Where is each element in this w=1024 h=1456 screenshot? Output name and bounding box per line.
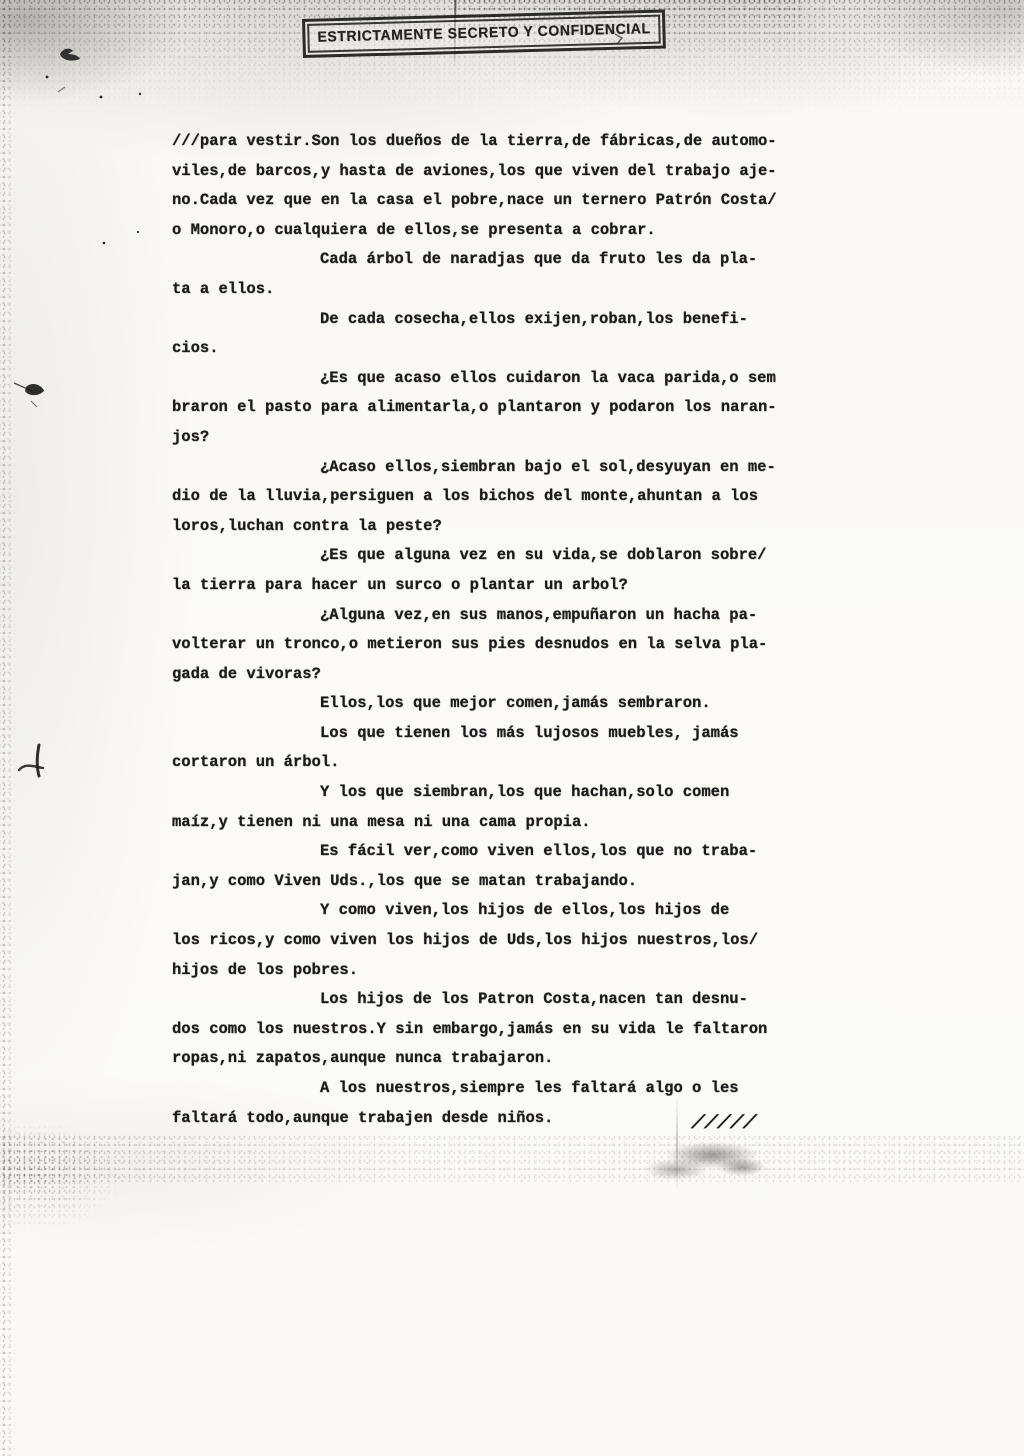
text-line: ropas,ni zapatos,aunque nunca trabajaron… — [172, 1044, 776, 1074]
text-line: Y como viven,los hijos de ellos,los hijo… — [172, 896, 776, 926]
text-line: ta a ellos. — [172, 275, 776, 305]
text-line: gada de vivoras? — [172, 660, 776, 690]
text-line: los ricos,y como viven los hijos de Uds,… — [172, 926, 776, 956]
text-line: braron el pasto para alimentarla,o plant… — [172, 393, 776, 423]
scan-noise-left-edge — [0, 0, 16, 1456]
scanned-document-page: ESTRICTAMENTE SECRETO Y CONFIDENCIAL ///… — [0, 0, 1024, 1456]
text-line: ¿Es que alguna vez en su vida,se doblaro… — [172, 541, 776, 571]
text-line: viles,de barcos,y hasta de aviones,los q… — [172, 157, 776, 187]
stamp-inner-border: ESTRICTAMENTE SECRETO Y CONFIDENCIAL — [307, 15, 661, 53]
text-line: maíz,y tienen ni una mesa ni una cama pr… — [172, 808, 776, 838]
text-line: dio de la lluvia,persiguen a los bichos … — [172, 482, 776, 512]
scan-noise-bottom-band — [0, 1136, 1024, 1182]
pencil-tick-icon — [31, 401, 37, 407]
text-line: hijos de los pobres. — [172, 956, 776, 986]
text-line: cios. — [172, 334, 776, 364]
ink-dot — [103, 242, 106, 245]
text-line: jan,y como Viven Uds.,los que se matan t… — [172, 867, 776, 897]
ink-dot — [46, 76, 49, 79]
text-line: Y los que siembran,los que hachan,solo c… — [172, 778, 776, 808]
ink-dot — [139, 93, 141, 95]
scan-noise-bottom-left — [0, 1118, 150, 1248]
text-line: ¿Es que acaso ellos cuidaron la vaca par… — [172, 364, 776, 394]
text-line: loros,luchan contra la peste? — [172, 512, 776, 542]
text-line: Los que tienen los más lujosos muebles, … — [172, 719, 776, 749]
text-line: o Monoro,o cualquiera de ellos,se presen… — [172, 216, 776, 246]
handwritten-arrow-left-margin-icon — [25, 384, 44, 395]
scan-streak — [676, 1096, 678, 1192]
text-line: faltará todo,aunque trabajen desde niños… — [172, 1104, 776, 1134]
text-line: ¿Acaso ellos,siembran bajo el sol,desyuy… — [172, 453, 776, 483]
text-line: De cada cosecha,ellos exijen,roban,los b… — [172, 305, 776, 335]
handwritten-numeral-stroke — [19, 766, 43, 770]
stamp-text: ESTRICTAMENTE SECRETO Y CONFIDENCIAL — [317, 20, 651, 45]
text-line: Los hijos de los Patron Costa,nacen tan … — [172, 985, 776, 1015]
ink-dot — [100, 96, 103, 99]
text-line: no.Cada vez que en la casa el pobre,nace… — [172, 186, 776, 216]
pencil-tick-icon — [58, 87, 65, 92]
text-line: A los nuestros,siempre les faltará algo … — [172, 1074, 776, 1104]
ink-smudge — [646, 1136, 766, 1184]
text-line: volterar un tronco,o metieron sus pies d… — [172, 630, 776, 660]
handwritten-squiggle-top-left-icon — [60, 49, 80, 61]
text-line: dos como los nuestros.Y sin embargo,jamá… — [172, 1015, 776, 1045]
text-line: cortaron un árbol. — [172, 748, 776, 778]
text-line: Ellos,los que mejor comen,jamás sembraro… — [172, 689, 776, 719]
text-line: Cada árbol de naradjas que da fruto les … — [172, 245, 776, 275]
ink-dot — [137, 231, 139, 233]
text-line: ///para vestir.Son los dueños de la tier… — [172, 127, 776, 157]
text-line: la tierra para hacer un surco o plantar … — [172, 571, 776, 601]
typewritten-text: ///para vestir.Son los dueños de la tier… — [172, 127, 776, 1133]
scan-shadow-top-right — [774, 0, 1024, 130]
end-of-text-mark: ///// — [690, 1112, 759, 1134]
text-line: ¿Alguna vez,en sus manos,empuñaron un ha… — [172, 601, 776, 631]
text-line: Es fácil ver,como viven ellos,los que no… — [172, 837, 776, 867]
text-line: jos? — [172, 423, 776, 453]
handwritten-numeral-left-margin-icon — [37, 745, 39, 776]
handwritten-arrow-tail — [14, 383, 32, 391]
confidential-stamp: ESTRICTAMENTE SECRETO Y CONFIDENCIAL — [302, 9, 666, 57]
